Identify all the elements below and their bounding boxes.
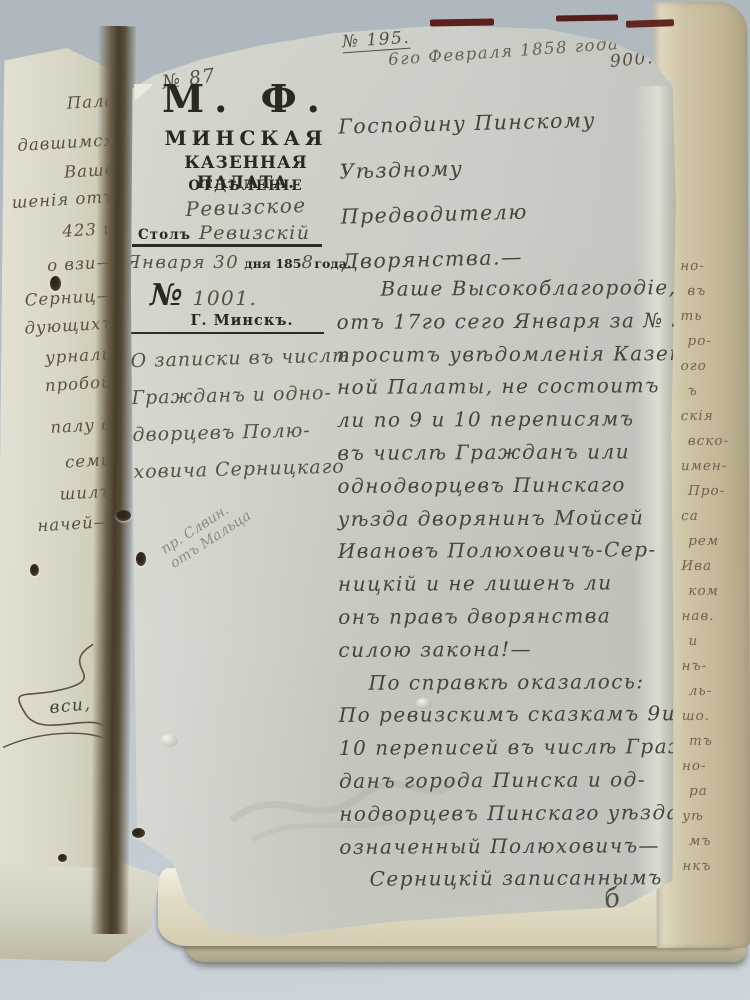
right-page-fragment: ра: [689, 779, 730, 804]
received-date-annotation: 6го Февраля 1858 года: [388, 34, 620, 69]
number-label: №: [150, 278, 183, 313]
body-line: Ваше Высокоблагородіе,: [336, 271, 676, 306]
right-page-fragment: скія: [681, 404, 729, 429]
right-page-fragment: Про-: [688, 479, 729, 504]
body-line: однодворцевъ Пинскаго: [337, 468, 677, 503]
date-year-digit: 8: [301, 252, 314, 273]
letterhead-number-row: №1001.: [150, 278, 257, 313]
signature-fragment: вси,: [49, 694, 92, 718]
right-page-fragment: са: [681, 504, 729, 529]
folio-page-number: 900.: [609, 48, 654, 72]
body-line: уѣзда дворянинъ Мойсей: [338, 501, 678, 536]
body-line: Ивановъ Полюховичъ-Сер-: [338, 533, 678, 568]
right-page-fragment: рем: [688, 529, 729, 554]
body-line: ной Палаты, не состоитъ: [337, 370, 677, 405]
addressee-line: Господину Пинскому Уѣздному: [338, 95, 690, 194]
desk-value: Ревизскій: [199, 222, 311, 245]
body-line: По справкѣ оказалось:: [338, 665, 678, 700]
letterhead-date-row: Января 30 дня 1858года.: [126, 252, 351, 273]
book-edge-red-mark: [430, 18, 494, 26]
body-line: силою закона!—: [338, 632, 678, 667]
body-line: ницкій и не лишенъ ли: [338, 566, 678, 601]
body-line: проситъ увѣдомленія Казен-: [337, 337, 677, 372]
right-page-fragment: но-: [680, 254, 728, 279]
letterhead-rule-top: [132, 244, 322, 247]
right-page-fragment: ъ: [688, 379, 729, 404]
body-line: въ числѣ Гражданъ или: [337, 435, 677, 470]
pencil-margin-note: пр. Слвин.отъ Мальца: [158, 493, 254, 572]
worm-hole: [132, 828, 145, 838]
margin-summary-line: Гражданъ и одно-: [131, 374, 368, 417]
date-handwritten: Января 30: [126, 252, 239, 273]
right-page-fragment: въ: [687, 279, 728, 304]
document-page: № 195. 6го Февраля 1858 года 900. № 87 М…: [126, 16, 678, 946]
right-page-fragment: и: [689, 629, 730, 654]
book-edge-red-mark: [556, 14, 618, 21]
right-page-fragment: тъ: [689, 729, 730, 754]
paper-dimple: [160, 734, 178, 747]
worm-hole: [136, 552, 146, 566]
body-line: отъ 17го сего Января за № 32мъ: [337, 304, 677, 339]
right-page-fragment: уѣ: [682, 804, 730, 829]
right-page-fragment: мъ: [689, 829, 730, 854]
body-line: По ревизскимъ сказкамъ 9и: [339, 697, 679, 732]
letterhead-ministry-abbr: М. Ф.: [154, 76, 338, 121]
number-value: 1001.: [193, 286, 258, 310]
body-line: Серницкій записаннымъ: [339, 861, 679, 896]
letterhead-department-value: Ревизское: [154, 192, 339, 222]
worm-hole: [58, 854, 67, 862]
worm-hole: [116, 510, 131, 521]
right-page-fragment: нкъ: [682, 854, 730, 879]
addressee-block: Господину Пинскому УѣздномуПредводителю …: [338, 95, 693, 284]
date-printed: дня 185: [244, 256, 301, 271]
letterhead-rule-bottom: [126, 332, 324, 334]
right-page-fragment: нав.: [681, 604, 729, 629]
ink-bleedthrough-smudge: [222, 740, 462, 850]
worm-hole: [30, 564, 39, 576]
right-page-fragment: ого: [681, 354, 729, 379]
right-page-fragment: нъ-: [682, 654, 730, 679]
right-page-fragment: ль-: [689, 679, 730, 704]
right-page-fragment: ро-: [687, 329, 728, 354]
body-line: ли по 9 и 10 переписямъ: [337, 402, 677, 437]
right-page-fragments: но-вътьро-огоъскіявско-имен-Про-саремИва…: [680, 254, 730, 879]
archival-photo: { "photo": { "page_number": "900.", "reg…: [0, 0, 750, 1000]
right-page-fragment: но-: [682, 754, 730, 779]
letterhead-chamber-line1: МИНСКАЯ: [154, 126, 338, 150]
right-page-fragment: Ива: [681, 554, 729, 579]
body-line: онъ правъ дворянства: [338, 599, 678, 634]
right-page-fragment: шо.: [682, 704, 730, 729]
worm-hole: [50, 276, 61, 291]
margin-summary: О записки въ числѣГражданъ и одно-дворце…: [130, 337, 370, 491]
binding-gutter-shadow: [90, 26, 136, 934]
letterhead-desk-row: СтолъРевизскій: [138, 222, 311, 244]
right-page-fragment: имен-: [681, 454, 729, 479]
right-page-fragment: ть: [680, 304, 728, 329]
letterhead-department-label: ОТДѢЛЕНІЕ: [154, 178, 338, 194]
paper-dimple: [416, 698, 432, 709]
letterhead-city: Г. Минскъ.: [154, 312, 330, 329]
right-page-fragment: ком: [688, 579, 729, 604]
right-page-fragment: вско-: [688, 429, 729, 454]
margin-summary-line: ховича Серницкаго: [133, 448, 370, 491]
desk-label: Столъ: [138, 227, 191, 243]
addressee-line: Предводителю Дворянства.—: [340, 185, 692, 284]
margin-summary-line: О записки въ числѣ: [130, 337, 367, 380]
margin-summary-line: дворцевъ Полю-: [132, 411, 369, 454]
